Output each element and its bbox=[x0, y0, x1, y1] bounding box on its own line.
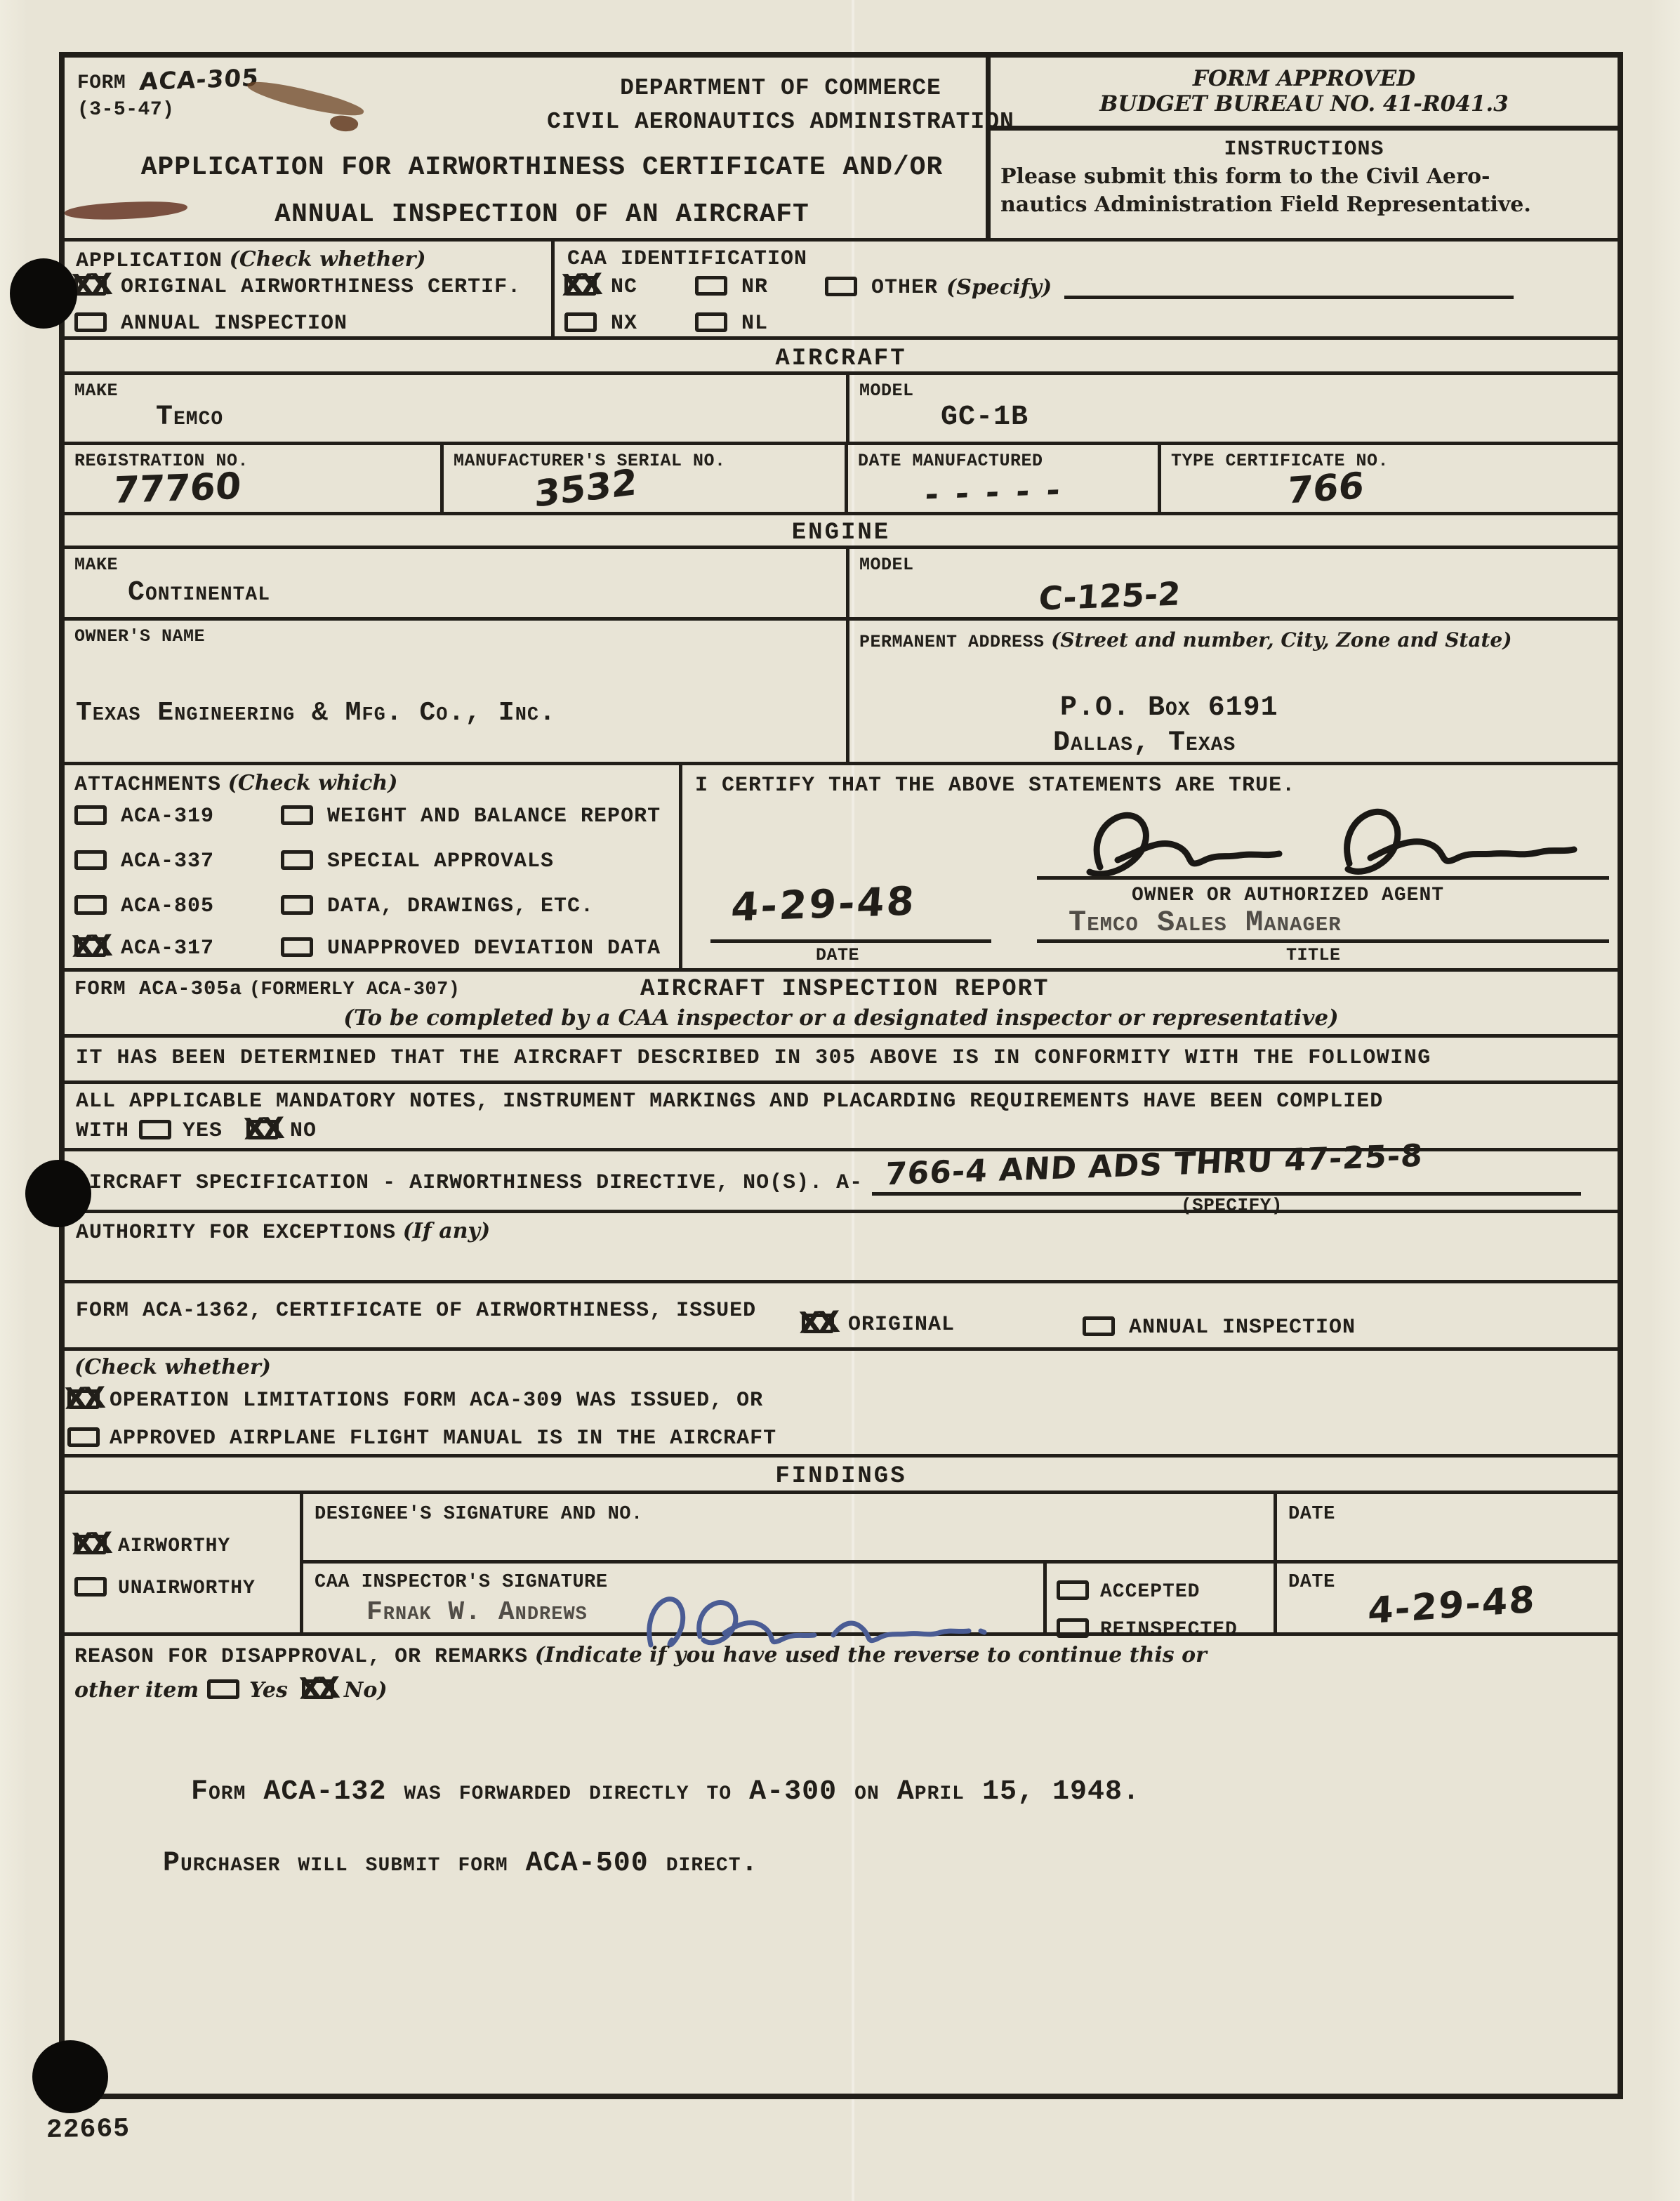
notes-yes-label: YES bbox=[183, 1119, 223, 1143]
date-manufactured-cell: DATE MANUFACTURED - - - - - bbox=[848, 445, 1161, 512]
header-row: FORM ACA-305 (3-5-47) DEPARTMENT OF COMM… bbox=[65, 58, 1618, 242]
attachments-check-which: (Check which) bbox=[228, 771, 398, 795]
certify-date-line[interactable] bbox=[710, 939, 991, 943]
inspector-typed-name: Frnak W. Andrews bbox=[366, 1597, 588, 1627]
aircraft-numbers-row: REGISTRATION NO. 77760 MANUFACTURER'S SE… bbox=[65, 445, 1618, 515]
airworthy-label: AIRWORTHY bbox=[118, 1535, 230, 1557]
nx-checkbox[interactable] bbox=[564, 312, 598, 335]
aca-805-label: ACA-805 bbox=[121, 894, 268, 918]
instructions-title: INSTRUCTIONS bbox=[1224, 138, 1384, 161]
authority-row: AUTHORITY FOR EXCEPTIONS (If any) bbox=[65, 1213, 1618, 1283]
remarks-yes-label: Yes bbox=[249, 1678, 288, 1703]
determined-statement: IT HAS BEEN DETERMINED THAT THE AIRCRAFT… bbox=[76, 1046, 1431, 1070]
accepted-cell: ACCEPTED REINSPECTED bbox=[1043, 1564, 1274, 1632]
nx-label: NX bbox=[611, 312, 637, 336]
remarks-no-label: No) bbox=[344, 1678, 388, 1703]
with-label: WITH bbox=[76, 1119, 129, 1143]
nr-checkbox[interactable] bbox=[695, 276, 729, 298]
owner-address-cell: PERMANENT ADDRESS (Street and number, Ci… bbox=[849, 621, 1618, 762]
notes-no-label: NO bbox=[290, 1119, 317, 1143]
engine-make-label: MAKE bbox=[74, 555, 118, 575]
caa-identification-cell: CAA IDENTIFICATION XX NC NR OTHER (Speci… bbox=[555, 242, 1618, 336]
owner-name-cell: OWNER'S NAME Texas Engineering & Mfg. Co… bbox=[65, 621, 849, 762]
aircraft-model-label: MODEL bbox=[859, 381, 914, 401]
operation-limitations-label: OPERATION LIMITATIONS FORM ACA-309 WAS I… bbox=[110, 1389, 763, 1413]
data-drawings-label: DATA, DRAWINGS, ETC. bbox=[327, 894, 594, 918]
airworthy-checkbox[interactable]: XX bbox=[74, 1535, 108, 1557]
unapproved-deviation-checkbox[interactable] bbox=[281, 937, 315, 960]
data-drawings-checkbox[interactable] bbox=[281, 895, 315, 918]
serial-cell: MANUFACTURER'S SERIAL NO. 3532 bbox=[444, 445, 848, 512]
mandatory-notes-statement: ALL APPLICABLE MANDATORY NOTES, INSTRUME… bbox=[76, 1090, 1383, 1113]
aircraft-model-value[interactable]: GC-1B bbox=[941, 402, 1028, 433]
aca-1362-row: FORM ACA-1362, CERTIFICATE OF AIRWORTHIN… bbox=[65, 1283, 1618, 1351]
certify-date-label: DATE bbox=[816, 945, 859, 965]
punch-hole-top bbox=[10, 258, 77, 329]
application-form: FORM ACA-305 (3-5-47) DEPARTMENT OF COMM… bbox=[59, 52, 1623, 2099]
issued-original-label: ORIGINAL bbox=[848, 1313, 955, 1337]
engine-make-cell: MAKE Continental bbox=[65, 549, 849, 617]
owner-signature[interactable] bbox=[1033, 793, 1595, 885]
designee-signature-label: DESIGNEE'S SIGNATURE AND NO. bbox=[315, 1504, 643, 1525]
aircraft-make-model-row: MAKE Temco MODEL GC-1B bbox=[65, 375, 1618, 445]
attachments-certify-row: ATTACHMENTS (Check which) ACA-319 WEIGHT… bbox=[65, 765, 1618, 972]
nr-label: NR bbox=[741, 275, 768, 299]
determined-row: IT HAS BEEN DETERMINED THAT THE AIRCRAFT… bbox=[65, 1038, 1618, 1084]
address-label-italic: (Street and number, City, Zone and State… bbox=[1051, 628, 1512, 652]
instructions-box: INSTRUCTIONS Please submit this form to … bbox=[991, 131, 1618, 220]
instructions-body-line1: Please submit this form to the Civil Aer… bbox=[1000, 164, 1490, 189]
department-line2: CIVIL AERONAUTICS ADMINISTRATION bbox=[547, 109, 1014, 135]
check-whether-row: (Check whether) XX OPERATION LIMITATIONS… bbox=[65, 1351, 1618, 1458]
form-approved-line2: BUDGET BUREAU NO. 41-R041.3 bbox=[1099, 91, 1509, 117]
inspection-report-subtitle: (To be completed by a CAA inspector or a… bbox=[65, 1005, 1618, 1031]
certify-title-label: TITLE bbox=[1286, 945, 1341, 965]
designee-date-label: DATE bbox=[1288, 1504, 1335, 1525]
remarks-line2: Purchaser will submit form ACA-500 direc… bbox=[163, 1848, 759, 1879]
authority-label: AUTHORITY FOR EXCEPTIONS bbox=[76, 1221, 396, 1245]
caa-identification-label: CAA IDENTIFICATION bbox=[567, 247, 807, 271]
title-value[interactable]: Temco Sales Manager bbox=[1069, 906, 1342, 939]
aircraft-make-value[interactable]: Temco bbox=[156, 402, 223, 433]
aircraft-spec-row: AIRCRAFT SPECIFICATION - AIRWORTHINESS D… bbox=[65, 1151, 1618, 1213]
aca-805-checkbox[interactable] bbox=[74, 895, 108, 918]
department-line1: DEPARTMENT OF COMMERCE bbox=[620, 75, 941, 101]
special-approvals-label: SPECIAL APPROVALS bbox=[327, 850, 554, 873]
type-certificate-value[interactable]: 766 bbox=[1285, 465, 1365, 512]
remarks-yes-checkbox[interactable] bbox=[207, 1679, 241, 1702]
aca-317-label: ACA-317 bbox=[121, 937, 268, 960]
remarks-italic1: (Indicate if you have used the reverse t… bbox=[535, 1643, 1207, 1667]
nc-checkbox[interactable]: XX bbox=[564, 276, 598, 298]
address-label: PERMANENT ADDRESS bbox=[859, 632, 1045, 652]
unairworthy-label: UNAIRWORTHY bbox=[118, 1578, 256, 1599]
aca-337-label: ACA-337 bbox=[121, 850, 268, 873]
remarks-italic2: other item bbox=[74, 1678, 199, 1703]
engine-model-cell: MODEL C-125-2 bbox=[849, 549, 1618, 617]
instructions-body-line2: nautics Administration Field Representat… bbox=[1000, 192, 1531, 217]
title-line[interactable] bbox=[1037, 939, 1609, 943]
inspection-report-header: FORM ACA-305a (FORMERLY ACA-307) AIRCRAF… bbox=[65, 972, 1618, 1038]
issued-annual-checkbox[interactable] bbox=[1083, 1316, 1116, 1339]
attachments-cell: ATTACHMENTS (Check which) ACA-319 WEIGHT… bbox=[65, 765, 682, 968]
engine-make-value[interactable]: Continental bbox=[128, 577, 270, 609]
header-right: FORM APPROVED BUDGET BUREAU NO. 41-R041.… bbox=[986, 58, 1618, 238]
designee-date-cell: DATE bbox=[1274, 1494, 1618, 1560]
unapproved-deviation-label: UNAPPROVED DEVIATION DATA bbox=[327, 937, 661, 960]
operation-limitations-checkbox[interactable]: XX bbox=[67, 1389, 101, 1412]
notes-no-checkbox[interactable]: XX bbox=[246, 1120, 280, 1142]
designee-signature-cell: DESIGNEE'S SIGNATURE AND NO. bbox=[303, 1494, 1274, 1560]
findings-main: DESIGNEE'S SIGNATURE AND NO. DATE CAA IN… bbox=[303, 1494, 1618, 1632]
attachments-label: ATTACHMENTS bbox=[74, 773, 221, 797]
aca-337-checkbox[interactable] bbox=[74, 850, 108, 873]
aircraft-spec-label: AIRCRAFT SPECIFICATION - AIRWORTHINESS D… bbox=[76, 1171, 863, 1195]
inspection-date-cell: DATE 4-29-48 bbox=[1274, 1564, 1618, 1632]
nc-label: NC bbox=[611, 275, 637, 299]
serial-number: 22665 bbox=[46, 2114, 131, 2146]
inspection-report-title: AIRCRAFT INSPECTION REPORT bbox=[640, 976, 1050, 1003]
aca-305a-label: FORM ACA-305a bbox=[74, 977, 242, 1000]
notes-yes-checkbox[interactable] bbox=[139, 1120, 173, 1142]
address-line2[interactable]: Dallas, Texas bbox=[1053, 727, 1236, 759]
certify-date-value[interactable]: 4-29-48 bbox=[729, 878, 918, 930]
form-revision: (3-5-47) bbox=[77, 99, 174, 121]
accepted-checkbox[interactable] bbox=[1057, 1580, 1090, 1603]
form-number-label: FORM bbox=[77, 72, 126, 94]
remarks-label: REASON FOR DISAPPROVAL, OR REMARKS bbox=[74, 1645, 528, 1669]
date-manufactured-label: DATE MANUFACTURED bbox=[858, 451, 1043, 471]
certification-cell: I CERTIFY THAT THE ABOVE STATEMENTS ARE … bbox=[682, 765, 1618, 968]
engine-section-title: ENGINE bbox=[65, 515, 1618, 546]
accepted-label: ACCEPTED bbox=[1100, 1581, 1200, 1603]
issued-annual-label: ANNUAL INSPECTION bbox=[1129, 1316, 1356, 1340]
caa-inspector-cell: CAA INSPECTOR'S SIGNATURE Frnak W. Andre… bbox=[303, 1564, 1043, 1632]
form-approved-box: FORM APPROVED BUDGET BUREAU NO. 41-R041.… bbox=[991, 58, 1618, 131]
airworthiness-cell: XX AIRWORTHY UNAIRWORTHY bbox=[65, 1494, 303, 1632]
form-number: ACA-305 bbox=[138, 65, 260, 95]
aircraft-model-cell: MODEL GC-1B bbox=[849, 375, 1618, 442]
nl-label: NL bbox=[741, 312, 768, 336]
other-label: OTHER bbox=[871, 276, 938, 300]
owner-signature-line[interactable] bbox=[1037, 876, 1609, 880]
engine-model-value[interactable]: C-125-2 bbox=[1038, 575, 1182, 618]
findings-table: XX AIRWORTHY UNAIRWORTHY DESIGNEE'S SIGN… bbox=[65, 1494, 1618, 1636]
aircraft-make-cell: MAKE Temco bbox=[65, 375, 849, 442]
aircraft-make-label: MAKE bbox=[74, 381, 118, 401]
form-approved-line1: FORM APPROVED bbox=[1193, 66, 1415, 91]
other-specify-field[interactable] bbox=[1064, 276, 1514, 299]
application-check-whether: (Check whether) bbox=[230, 247, 426, 272]
special-approvals-checkbox[interactable] bbox=[281, 850, 315, 873]
remarks-no-checkbox[interactable]: XX bbox=[302, 1679, 336, 1702]
form-title-line2: ANNUAL INSPECTION OF AN AIRCRAFT bbox=[275, 199, 809, 230]
issued-original-checkbox[interactable]: XX bbox=[802, 1314, 835, 1336]
aca-319-checkbox[interactable] bbox=[74, 805, 108, 828]
aca-317-checkbox[interactable]: XX bbox=[74, 937, 108, 960]
registration-value[interactable]: 77760 bbox=[112, 465, 243, 512]
nl-checkbox[interactable] bbox=[695, 312, 729, 335]
registration-cell: REGISTRATION NO. 77760 bbox=[65, 445, 444, 512]
aircraft-section-title: AIRCRAFT bbox=[65, 340, 1618, 371]
remarks-line1: Form ACA-132 was forwarded directly to A… bbox=[191, 1776, 1140, 1808]
header-left: FORM ACA-305 (3-5-47) DEPARTMENT OF COMM… bbox=[65, 58, 986, 238]
formerly-label: (FORMERLY ACA-307) bbox=[249, 979, 461, 1000]
form-title-line1: APPLICATION FOR AIRWORTHINESS CERTIFICAT… bbox=[141, 152, 944, 183]
other-checkbox[interactable] bbox=[825, 277, 859, 299]
aca-319-label: ACA-319 bbox=[121, 805, 268, 828]
application-cell: APPLICATION (Check whether) XX ORIGINAL … bbox=[65, 242, 555, 336]
flight-manual-label: APPROVED AIRPLANE FLIGHT MANUAL IS IN TH… bbox=[110, 1427, 776, 1450]
original-airworthiness-label: ORIGINAL AIRWORTHINESS CERTIF. bbox=[121, 275, 521, 299]
owner-name-label: OWNER'S NAME bbox=[74, 626, 205, 647]
owner-name-value[interactable]: Texas Engineering & Mfg. Co., Inc. bbox=[76, 698, 556, 728]
application-row: APPLICATION (Check whether) XX ORIGINAL … bbox=[65, 242, 1618, 340]
original-airworthiness-checkbox[interactable]: XX bbox=[74, 276, 108, 298]
punch-hole-middle bbox=[25, 1160, 91, 1227]
date-manufactured-value[interactable]: - - - - - bbox=[924, 471, 1064, 514]
type-certificate-cell: TYPE CERTIFICATE NO. 766 bbox=[1161, 445, 1618, 512]
owner-agent-label: OWNER OR AUTHORIZED AGENT bbox=[1132, 885, 1444, 906]
flight-manual-checkbox[interactable] bbox=[67, 1427, 101, 1450]
remarks-row: REASON FOR DISAPPROVAL, OR REMARKS (Indi… bbox=[65, 1636, 1618, 2094]
authority-italic: (If any) bbox=[403, 1219, 490, 1243]
other-specify-label: (Specify) bbox=[946, 275, 1052, 300]
check-whether-label: (Check whether) bbox=[74, 1355, 271, 1380]
engine-model-label: MODEL bbox=[859, 555, 914, 575]
unairworthy-checkbox[interactable] bbox=[74, 1577, 108, 1599]
annual-inspection-label: ANNUAL INSPECTION bbox=[121, 312, 348, 336]
weight-balance-label: WEIGHT AND BALANCE REPORT bbox=[327, 805, 661, 828]
inspection-date-label: DATE bbox=[1288, 1572, 1335, 1593]
owner-row: OWNER'S NAME Texas Engineering & Mfg. Co… bbox=[65, 621, 1618, 765]
caa-inspector-label: CAA INSPECTOR'S SIGNATURE bbox=[315, 1572, 608, 1593]
weight-balance-checkbox[interactable] bbox=[281, 805, 315, 828]
annual-inspection-checkbox[interactable] bbox=[74, 312, 108, 335]
findings-section-title: FINDINGS bbox=[65, 1458, 1618, 1491]
punch-hole-bottom bbox=[32, 2040, 108, 2113]
engine-make-model-row: MAKE Continental MODEL C-125-2 bbox=[65, 549, 1618, 621]
inspection-date-value[interactable]: 4-29-48 bbox=[1367, 1579, 1536, 1632]
aca-1362-label: FORM ACA-1362, CERTIFICATE OF AIRWORTHIN… bbox=[76, 1299, 756, 1323]
address-line1[interactable]: P.O. Box 6191 bbox=[1060, 692, 1278, 724]
